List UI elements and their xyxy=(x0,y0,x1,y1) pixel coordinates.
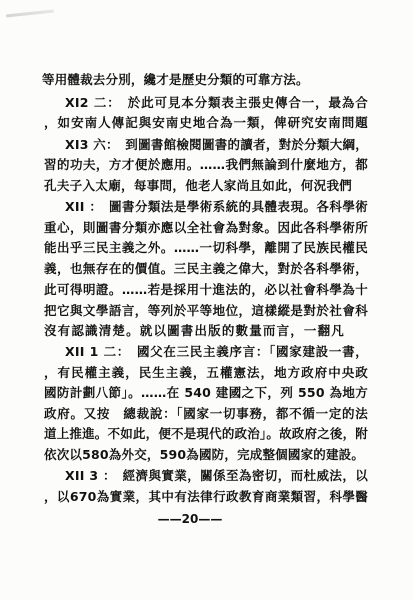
text-line: 孔夫子入太廟，每事問，他老人家尚且如此，何況我們後生小子呢？ xyxy=(44,178,352,194)
paragraph-start-line: XII ： 圖書分類法是學術系統的具體表現。各科學術既以民生為 xyxy=(65,199,368,215)
text-line: 依次以580為外交，590為國防，完成整個國家的建設。 xyxy=(44,447,364,463)
text-line: ，有民權主義，民生主義，五權憲法，地方政府中央政府，外交政策， xyxy=(44,365,368,381)
text-line: ，如安南人傳記與安南史地合為一類，俾研究安南問題者，獲益非淺。 xyxy=(44,115,368,131)
library-stamp-mark xyxy=(6,9,54,17)
paragraph-start-line: XI2 二： 於此可見本分類表主張史傳合一，最為合理，而增效用 xyxy=(65,95,368,111)
page-number: ——20—— xyxy=(150,511,230,527)
text-line: 重心，則圖書分類亦應以全社會為對象。因此各科學術所研究的，都不 xyxy=(44,220,368,236)
scanned-page: 等用體裁去分別，纔才是歷史分類的可靠方法。 XI2 二： 於此可見本分類表主張史… xyxy=(0,0,413,600)
text-line: 把它與文學語言，等列於平等地位，這樣縱是對於社會科學的重視， xyxy=(44,303,368,319)
text-line: 義，也無存在的價值。三民主義之偉大，對於各科學術，包括無遺，於 xyxy=(44,261,368,277)
paragraph-start-line: XI3 六： 到圖書館檢閱圖書的讀者，對於分類大綱，也要下些學 xyxy=(65,137,368,153)
text-line: 國防計劃八節」。……在 540 建國之下，列 550 為地方政府 560 為中央 xyxy=(44,385,368,401)
text-line: 此可得明證。……若是採用十進法的，必以社會科學為十大類之一。 xyxy=(44,282,368,298)
text-line: 沒有認識清楚。就以圖書出版的數量而言，一翻凡例，亦殊不合。 xyxy=(44,323,344,339)
text-line: 等用體裁去分別，纔才是歷史分類的可靠方法。 xyxy=(42,72,309,88)
text-line: 習的功夫，方才便於應用。……我們無論到什麼地方，都要入境問俗。 xyxy=(44,157,368,173)
text-line: ，以670為實業，其中有法律行政教育商業類習，科學醫藥等相隔，實 xyxy=(44,489,368,505)
text-line: 能出乎三民主義之外。……一切科學，離開了民族民權民生，就毫無意 xyxy=(44,240,368,256)
text-line: 道上推進。不如此，便不是現代的政治」。故政府之後，附以法律。再 xyxy=(44,426,368,442)
paragraph-start-line: XII 3 ： 經濟與實業，關係至為密切，而杜威法，以 330 為經濟 xyxy=(65,468,368,484)
text-line: 政府。又按 總裁說：「國家一切事務，都不循一定的法制，在正當軌 xyxy=(44,406,368,422)
paragraph-start-line: XII 1 二： 國父在三民主義序言：「國家建設一書，有民族主義 xyxy=(65,344,368,360)
